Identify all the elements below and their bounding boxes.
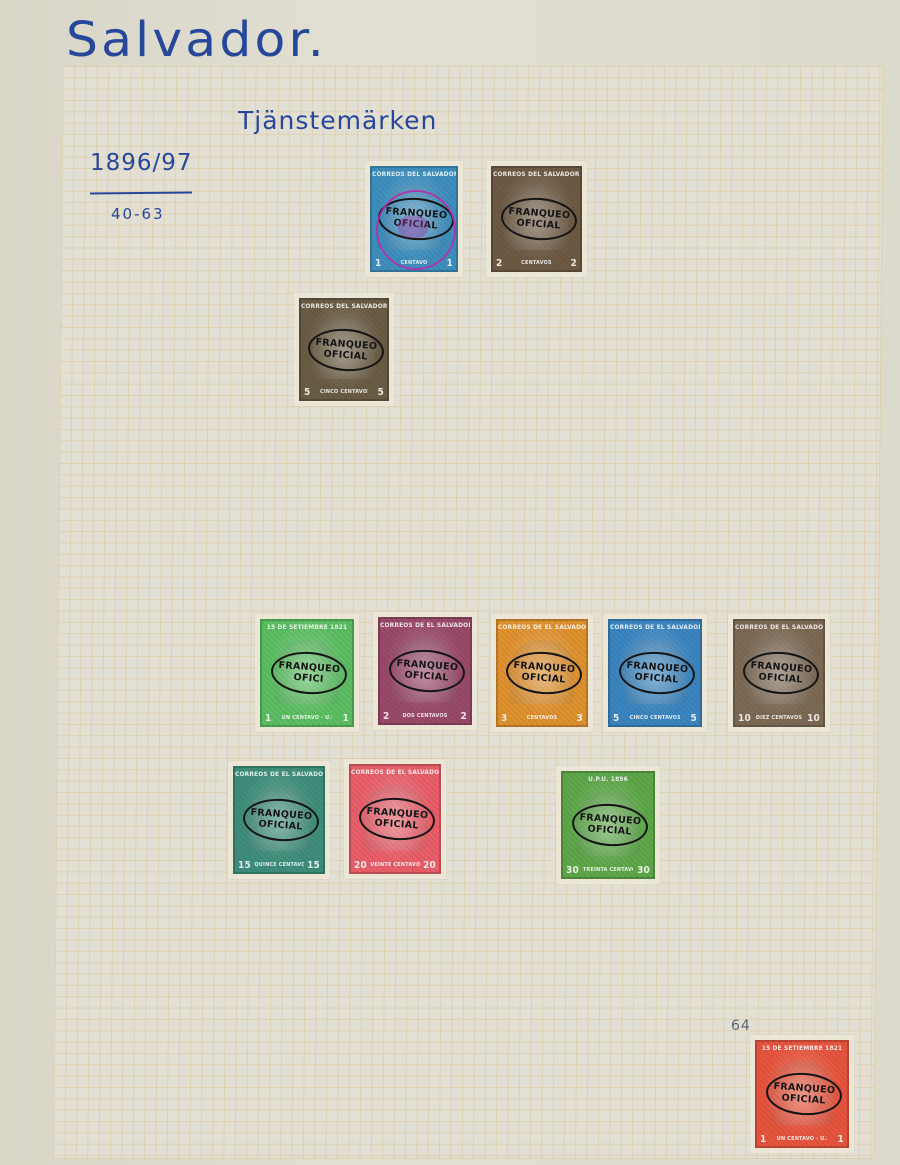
stamp-denomination-row: 3CENTAVOS3 (498, 714, 586, 725)
stamp-denomination: CINCO CENTAVOS (320, 388, 368, 397)
stamp-denomination: TREINTA CENTAVOS (583, 866, 633, 875)
stamp-face: CORREOS DEL SALVADOR 1896FRANQUEOOFICIAL… (370, 166, 458, 272)
stamp-value: 20 (354, 861, 367, 870)
stamp-denomination-row: 30TREINTA CENTAVOS30 (563, 866, 653, 877)
stamp-value: 1 (265, 714, 271, 723)
stamp[interactable]: CORREOS DE EL SALVADORFRANQUEOOFICIAL2DO… (373, 612, 477, 730)
stamp-top-inscription: U.P.U. 1896 (563, 773, 653, 784)
stamp-value: 30 (566, 866, 579, 875)
postmark-cancel (376, 190, 456, 270)
stamp-top-inscription: CORREOS DE EL SALVADOR (351, 766, 439, 777)
stamp[interactable]: CORREOS DE EL SALVADORFRANQUEOOFICIAL15Q… (228, 761, 330, 879)
stamp-face: 15 DE SETIEMBRE 1821FRANQUEOOFICIAL1UN C… (755, 1040, 849, 1148)
stamp-face: CORREOS DE EL SALVADORFRANQUEOOFICIAL2DO… (378, 617, 472, 725)
stamp-value: 15 (238, 861, 251, 870)
stamp-value: 3 (577, 714, 583, 723)
overprint-line: OFICI (293, 672, 324, 685)
stamp[interactable]: 15 DE SETIEMBRE 1821FRANQUEOOFICI1UN CEN… (255, 614, 359, 732)
stamp-top-inscription: CORREOS DE EL SALVADOR (735, 621, 823, 632)
stamp-value: 3 (501, 714, 507, 723)
issue-years: 1896/97 (90, 150, 193, 176)
stamp-value: 2 (461, 712, 467, 721)
overprint-line: OFICIAL (634, 671, 679, 685)
stamp[interactable]: CORREOS DE EL SALVADORFRANQUEOOFICIAL3CE… (491, 614, 593, 732)
stamp-denomination: DOS CENTAVOS (402, 712, 447, 721)
stamp-denomination: UN CENTAVO · U.P.U. 1896 (777, 1135, 827, 1144)
stamp[interactable]: CORREOS DEL SALVADOR 1896FRANQUEOOFICIAL… (365, 161, 463, 277)
stamp-value: 2 (496, 259, 502, 268)
stamp-denomination-row: 5CINCO CENTAVOS5 (301, 388, 387, 399)
stamp-face: CORREOS DEL SALVADOR 1896FRANQUEOOFICIAL… (299, 298, 389, 401)
stamp[interactable]: CORREOS DEL SALVADOR 1896FRANQUEOOFICIAL… (486, 161, 587, 277)
stamp-face: CORREOS DE EL SALVADORFRANQUEOOFICIAL15Q… (233, 766, 325, 874)
stamp-value: 20 (423, 861, 436, 870)
album-page: Salvador. Tjänstemärken 1896/97 40-63 64… (0, 0, 900, 1165)
overprint-line: OFICIAL (521, 671, 566, 685)
stamp[interactable]: U.P.U. 1896FRANQUEOOFICIAL30TREINTA CENT… (556, 766, 660, 884)
stamp-value: 5 (304, 388, 310, 397)
stamp-top-inscription: 15 DE SETIEMBRE 1821 (262, 621, 352, 632)
stamp-face: CORREOS DE EL SALVADORFRANQUEOOFICIAL10D… (733, 619, 825, 727)
stamp-denomination-row: 1UN CENTAVO · U.P.U. 18961 (262, 714, 352, 725)
overprint-line: OFICIAL (516, 217, 561, 231)
stamp[interactable]: 15 DE SETIEMBRE 1821FRANQUEOOFICIAL1UN C… (750, 1035, 854, 1153)
stamp-top-inscription: CORREOS DE EL SALVADOR (380, 619, 470, 630)
stamp-top-inscription: CORREOS DEL SALVADOR 1896 (372, 168, 456, 179)
stamp-face: CORREOS DE EL SALVADORFRANQUEOOFICIAL3CE… (496, 619, 588, 727)
stamp-value: 2 (383, 712, 389, 721)
overprint-line: OFICIAL (758, 671, 803, 685)
stamp-denomination-row: 2CENTAVOS2 (493, 259, 580, 270)
stamp-top-inscription: 15 DE SETIEMBRE 1821 (757, 1042, 847, 1053)
stamp-denomination-row: 15QUINCE CENTAVOS15 (235, 861, 323, 872)
stamp-denomination: CENTAVOS (527, 714, 558, 723)
stamp-top-inscription: CORREOS DEL SALVADOR 1896 (301, 300, 387, 311)
stamp-denomination-row: 20VEINTE CENTAVOS20 (351, 861, 439, 872)
stamp-denomination: CENTAVOS (521, 259, 552, 268)
stamp-denomination-row: 1UN CENTAVO · U.P.U. 18961 (757, 1135, 847, 1146)
overprint-line: OFICIAL (587, 823, 632, 837)
catalogue-number-note: 64 (731, 1018, 751, 1034)
stamp-value: 1 (375, 259, 381, 268)
stamp-denomination: QUINCE CENTAVOS (254, 861, 303, 870)
stamp-value: 10 (807, 714, 820, 723)
stamp-face: CORREOS DEL SALVADOR 1896FRANQUEOOFICIAL… (491, 166, 582, 272)
stamp-value: 5 (691, 714, 697, 723)
stamp-face: U.P.U. 1896FRANQUEOOFICIAL30TREINTA CENT… (561, 771, 655, 879)
stamp-top-inscription: CORREOS DE EL SALVADOR (235, 768, 323, 779)
stamp-denomination-row: 2DOS CENTAVOS2 (380, 712, 470, 723)
stamp-top-inscription: CORREOS DE EL SALVADOR (498, 621, 586, 632)
stamp-face: 15 DE SETIEMBRE 1821FRANQUEOOFICI1UN CEN… (260, 619, 354, 727)
stamp-value: 1 (343, 714, 349, 723)
stamp-value: 15 (307, 861, 320, 870)
stamp[interactable]: CORREOS DE EL SALVADORFRANQUEOOFICIAL5CI… (603, 614, 707, 732)
stamp-top-inscription: CORREOS DE EL SALVADOR (610, 621, 700, 632)
stamp-value: 5 (378, 388, 384, 397)
stamp-value: 30 (637, 866, 650, 875)
stamp-face: CORREOS DE EL SALVADORFRANQUEOOFICIAL5CI… (608, 619, 702, 727)
page-subtitle: Tjänstemärken (238, 106, 437, 135)
stamp-denomination-row: 10DIEZ CENTAVOS10 (735, 714, 823, 725)
overprint-line: OFICIAL (258, 818, 303, 832)
stamp-value: 10 (738, 714, 751, 723)
overprint-line: OFICIAL (323, 348, 368, 362)
page-title: Salvador. (66, 12, 327, 68)
overprint-line: OFICIAL (374, 817, 419, 831)
stamp-denomination: UN CENTAVO · U.P.U. 1896 (282, 714, 332, 723)
stamp-value: 2 (571, 259, 577, 268)
stamp[interactable]: CORREOS DE EL SALVADORFRANQUEOOFICIAL10D… (728, 614, 830, 732)
stamp-denomination: DIEZ CENTAVOS (756, 714, 802, 723)
stamp-denomination-row: 5CINCO CENTAVOS5 (610, 714, 700, 725)
stamp-value: 1 (838, 1135, 844, 1144)
stamp-top-inscription: CORREOS DEL SALVADOR 1896 (493, 168, 580, 179)
overprint-line: OFICIAL (781, 1092, 826, 1106)
catalogue-range: 40-63 (111, 205, 165, 223)
stamp-denomination: VEINTE CENTAVOS (370, 861, 419, 870)
stamp-denomination: CINCO CENTAVOS (630, 714, 680, 723)
stamp[interactable]: CORREOS DEL SALVADOR 1896FRANQUEOOFICIAL… (294, 293, 394, 406)
stamp-face: CORREOS DE EL SALVADORFRANQUEOOFICIAL20V… (349, 764, 441, 874)
stamp-value: 1 (760, 1135, 766, 1144)
stamp-value: 5 (613, 714, 619, 723)
overprint-line: OFICIAL (404, 669, 449, 683)
stamp[interactable]: CORREOS DE EL SALVADORFRANQUEOOFICIAL20V… (344, 759, 446, 879)
stamp-value: 1 (447, 259, 453, 268)
